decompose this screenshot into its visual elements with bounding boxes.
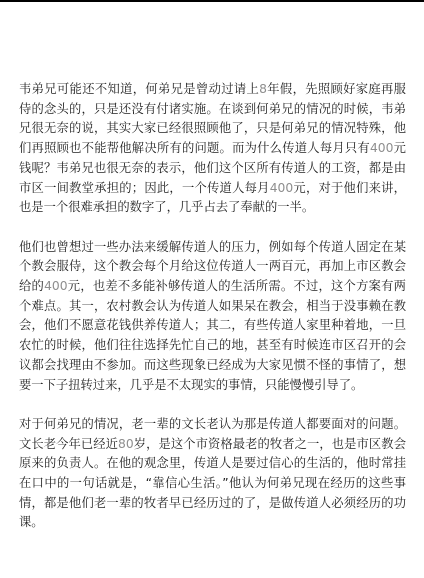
page: 韦弟兄可能还不知道，何弟兄是曾动过请上8年假，先照顾好家庭再服侍的念头的，只是还… <box>0 0 424 578</box>
document-text: 韦弟兄可能还不知道，何弟兄是曾动过请上8年假，先照顾好家庭再服侍的念头的，只是还… <box>0 2 424 553</box>
number-text: 400 <box>370 141 393 155</box>
body-text: 韦弟兄可能还不知道，何弟兄是曾动过请上 <box>19 82 259 96</box>
body-text: 元，也差不多能补够传道人的生活所需。不过，这个方案有两个难点。其一，农村教会认为… <box>19 279 406 392</box>
number-text: 400 <box>44 279 67 293</box>
number-text: 80 <box>118 437 134 451</box>
paragraph: 他们也曾想过一些办法来缓解传道人的压力，例如每个传道人固定在某个教会服侍，这个教… <box>19 238 406 396</box>
number-text: 400 <box>270 181 293 195</box>
paragraph: 对于何弟兄的情况，老一辈的文长老认为那是传道人都要面对的问题。文长老今年已经近8… <box>19 415 406 533</box>
paragraph: 韦弟兄可能还不知道，何弟兄是曾动过请上8年假，先照顾好家庭再服侍的念头的，只是还… <box>19 80 406 218</box>
number-text: 8 <box>259 82 267 96</box>
